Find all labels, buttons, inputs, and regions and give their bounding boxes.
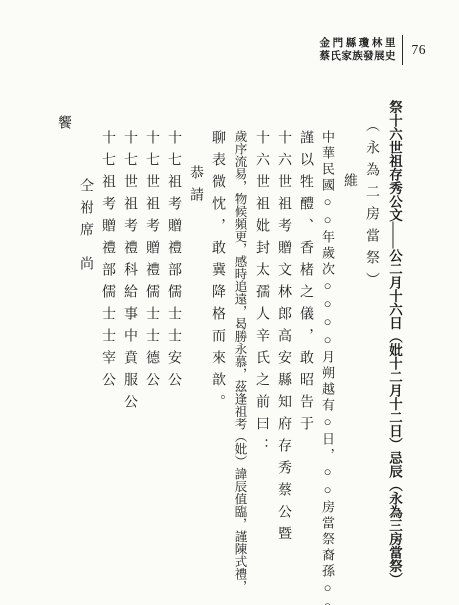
- text-column-ancestor-shizai: 十七祖考贈禮部儒士士宰公: [100, 100, 115, 605]
- text-column-ancestor-shide: 十七世祖考贈禮儒士士德公: [144, 100, 159, 605]
- book-title-line2: 蔡氏家族發展史: [320, 50, 396, 64]
- text-column-ancestor-male: 十六世祖考贈文林郎高安縣知府存秀蔡公暨: [276, 100, 291, 605]
- text-column-xiang: 饗: [56, 100, 71, 605]
- title-continuation-column: （永為二房當祭）: [364, 100, 379, 605]
- text-column-ancestor-shian: 十七祖考贈禮部儒士士安公: [166, 100, 181, 605]
- text-column-eulogy-2: 聊表微忱，敢冀降格而來歆。: [210, 100, 225, 605]
- text-column-eulogy-1: 歲序流易，物候頻更，感時追遠，曷勝永慕，茲逢祖考（妣）諱辰值臨，謹陳式禮，: [232, 100, 247, 605]
- text-column-invite: 恭請: [188, 100, 203, 605]
- running-head: 金門縣瓊林里 蔡氏家族發展史 76: [320, 35, 427, 65]
- text-column-date: 中華民國○○年歲次○○○○月朔越有○日，○○房當祭裔孫○○等: [320, 100, 335, 605]
- inline-spacer: [85, 244, 86, 256]
- text-column-wei: 維: [342, 100, 357, 605]
- memorial-essay: 祭十六世祖存秀公文——公二月十六日（妣十二月十二日）忌辰（永為三房當祭） （永為…: [49, 100, 403, 605]
- text-column-joint-seat: 仝祔席尚: [78, 100, 93, 605]
- book-title-line1: 金門縣瓊林里: [320, 37, 396, 51]
- page-number: 76: [412, 42, 427, 58]
- essay-title-column: 祭十六世祖存秀公文——公二月十六日（妣十二月十二日）忌辰（永為三房當祭）: [386, 100, 403, 605]
- text-column-offering: 謹以牲醴、香楮之儀，敢昭告于: [298, 100, 313, 605]
- book-page: 金門縣瓊林里 蔡氏家族發展史 76 祭十六世祖存秀公文——公二月十六日（妣十二月…: [0, 0, 459, 605]
- text-column-ancestor-female: 十六世祖妣封太孺人辛氏之前曰：: [254, 100, 269, 605]
- book-title: 金門縣瓊林里 蔡氏家族發展史: [320, 37, 396, 64]
- header-divider: [402, 35, 403, 65]
- text-column-ancestor-benfu: 十七世祖考禮科給事中賁服公: [122, 100, 137, 605]
- joint-seat-text: 仝祔席: [78, 178, 93, 244]
- shang-text: 尚: [78, 256, 93, 278]
